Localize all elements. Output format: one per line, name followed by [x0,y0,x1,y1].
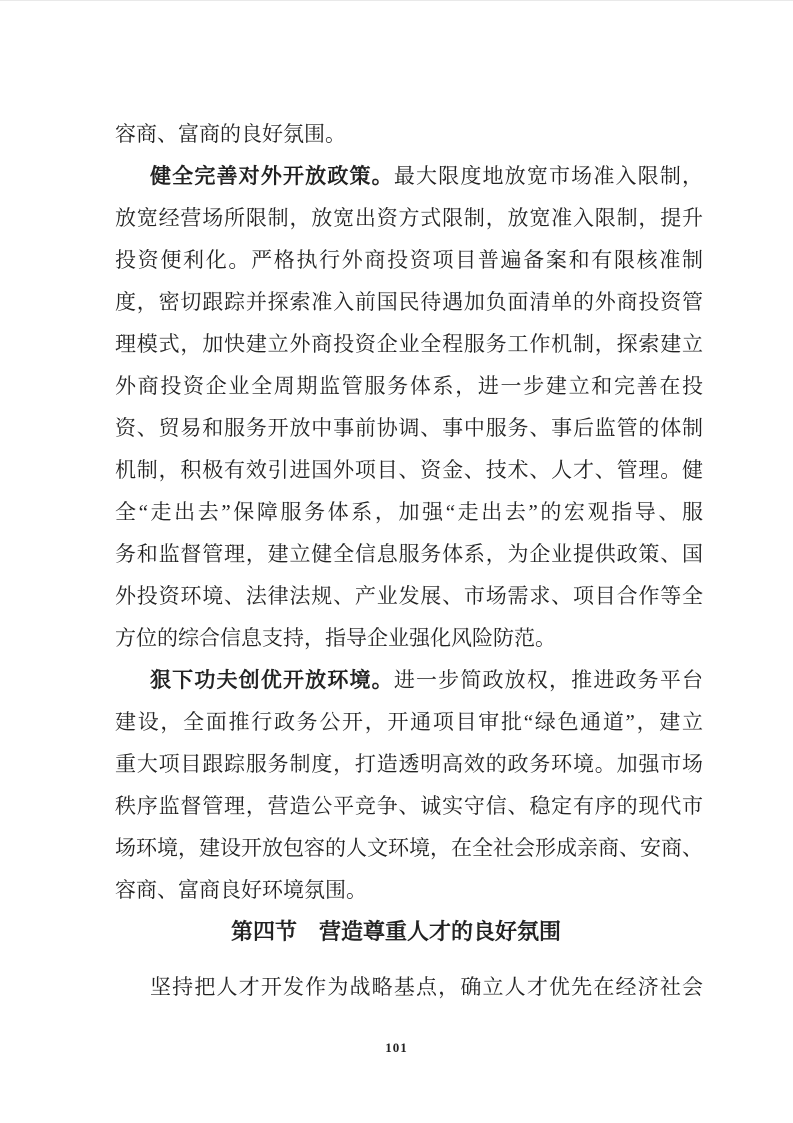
page-number: 101 [385,1040,408,1055]
line-text: 坚持把人才开发作为战略基点，确立人才优先在经济社会 [150,975,703,999]
line-text: 重大项目跟踪服务制度，打造透明高效的政务环境。加强市场 [115,752,703,776]
text-line: 放宽经营场所限制，放宽出资方式限制，放宽准入限制，提升 [115,197,703,239]
document-page: 容商、富商的良好氛围。健全完善对外开放政策。最大限度地放宽市场准入限制，放宽经营… [0,0,793,1123]
text-line: 投资便利化。严格执行外商投资项目普遍备案和有限核准制 [115,239,703,281]
text-line: 重大项目跟踪服务制度，打造透明高效的政务环境。加强市场 [115,743,703,785]
line-text: 容商、富商的良好氛围。 [115,122,346,146]
line-text: 度，密切跟踪并探索准入前国民待遇加负面清单的外商投资管 [115,290,703,314]
text-line: 理模式，加快建立外商投资企业全程服务工作机制，探索建立 [115,323,703,365]
text-block: 容商、富商的良好氛围。健全完善对外开放政策。最大限度地放宽市场准入限制，放宽经营… [115,113,703,1008]
line-text: 资、贸易和服务开放中事前协调、事中服务、事后监管的体制 [115,416,703,440]
line-text: 投资便利化。严格执行外商投资项目普遍备案和有限核准制 [115,248,703,272]
text-line: 机制，积极有效引进国外项目、资金、技术、人才、管理。健 [115,449,703,491]
line-text: 理模式，加快建立外商投资企业全程服务工作机制，探索建立 [115,332,703,356]
line-text: 务和监督管理，建立健全信息服务体系，为企业提供政策、国 [115,542,703,566]
line-text: 建设，全面推行政务公开，开通项目审批“绿色通道”，建立 [115,710,703,734]
paragraph-lead: 狠下功夫创优开放环境。 [150,668,394,692]
line-text: 场环境，建设开放包容的人文环境，在全社会形成亲商、安商、 [115,836,703,860]
text-line: 场环境，建设开放包容的人文环境，在全社会形成亲商、安商、 [115,827,703,869]
line-text: 放宽经营场所限制，放宽出资方式限制，放宽准入限制，提升 [115,206,703,230]
line-text: 秩序监督管理，营造公平竞争、诚实守信、稳定有序的现代市 [115,794,703,818]
text-line: 资、贸易和服务开放中事前协调、事中服务、事后监管的体制 [115,407,703,449]
line-text: 方位的综合信息支持，指导企业强化风险防范。 [115,626,556,650]
line-text: 外投资环境、法律法规、产业发展、市场需求、项目合作等全 [115,584,703,608]
page-footer: 101 [0,1039,793,1057]
line-text: 最大限度地放宽市场准入限制， [394,164,703,188]
text-line: 方位的综合信息支持，指导企业强化风险防范。 [115,617,703,659]
text-line: 度，密切跟踪并探索准入前国民待遇加负面清单的外商投资管 [115,281,703,323]
text-line: 外商投资企业全周期监管服务体系，进一步建立和完善在投 [115,365,703,407]
text-line: 建设，全面推行政务公开，开通项目审批“绿色通道”，建立 [115,701,703,743]
line-text: 进一步简政放权，推进政务平台 [394,668,703,692]
line-text: 第四节 营造尊重人才的良好氛围 [231,919,561,944]
text-line: 外投资环境、法律法规、产业发展、市场需求、项目合作等全 [115,575,703,617]
text-line: 秩序监督管理，营造公平竞争、诚实守信、稳定有序的现代市 [115,785,703,827]
line-text: 容商、富商良好环境氛围。 [115,878,367,902]
text-line: 全“走出去”保障服务体系，加强“走出去”的宏观指导、服 [115,491,703,533]
text-line: 健全完善对外开放政策。最大限度地放宽市场准入限制， [115,155,703,197]
line-text: 机制，积极有效引进国外项目、资金、技术、人才、管理。健 [115,458,703,482]
line-text: 外商投资企业全周期监管服务体系，进一步建立和完善在投 [115,374,703,398]
text-line: 坚持把人才开发作为战略基点，确立人才优先在经济社会 [115,966,703,1008]
section-heading: 第四节 营造尊重人才的良好氛围 [102,911,690,953]
text-line: 容商、富商的良好氛围。 [115,113,703,155]
text-line: 务和监督管理，建立健全信息服务体系，为企业提供政策、国 [115,533,703,575]
line-text: 全“走出去”保障服务体系，加强“走出去”的宏观指导、服 [115,500,703,524]
text-line: 狠下功夫创优开放环境。进一步简政放权，推进政务平台 [115,659,703,701]
text-line: 容商、富商良好环境氛围。 [115,869,703,911]
paragraph-lead: 健全完善对外开放政策。 [150,164,394,188]
